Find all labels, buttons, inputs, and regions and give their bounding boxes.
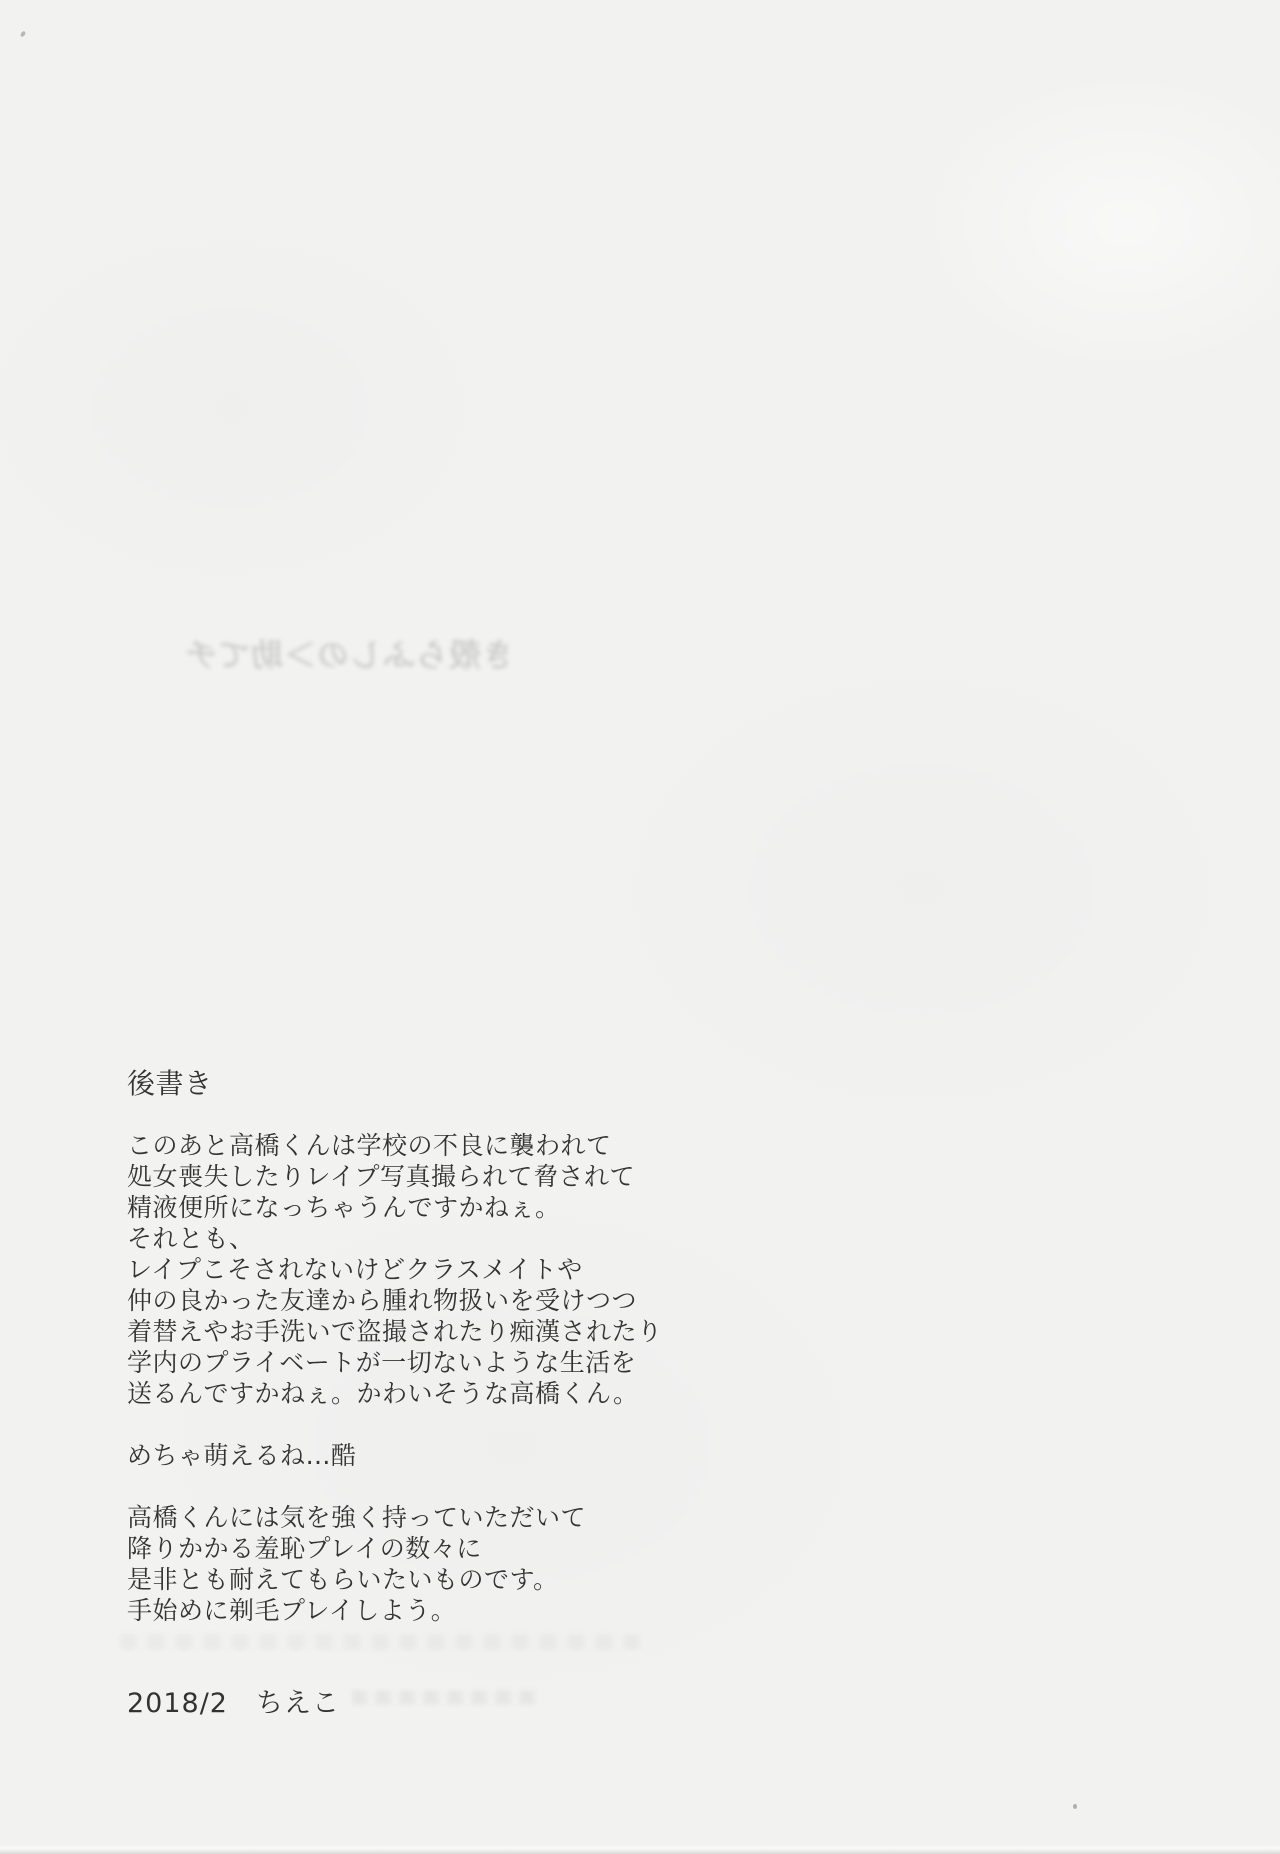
afterword-line: 送るんですかねぇ。かわいそうな高橋くん。 bbox=[127, 1378, 663, 1409]
afterword-line: めちゃ萌えるね…酷 bbox=[127, 1440, 663, 1471]
scanned-afterword-page: き殻らふしの＞助てチ 後書き このあと高橋くんは学校の不良に襲われて 処女喪失し… bbox=[0, 0, 1280, 1854]
afterword-line: このあと高橋くんは学校の不良に襲われて bbox=[127, 1130, 663, 1161]
show-through-title-text: き殻らふしの＞助てチ bbox=[94, 630, 514, 676]
afterword-line: それとも、 bbox=[127, 1223, 663, 1254]
signature-date-line: 2018/2 ちえこ bbox=[127, 1688, 663, 1719]
blank-line bbox=[127, 1409, 663, 1440]
afterword-line: 手始めに剃毛プレイしよう。 bbox=[127, 1595, 663, 1626]
scan-speck bbox=[20, 30, 27, 37]
scan-speck bbox=[1073, 1804, 1077, 1809]
afterword-line: 仲の良かった友達から腫れ物扱いを受けつつ bbox=[127, 1285, 663, 1316]
afterword-line: 処女喪失したりレイプ写真撮られて脅されて bbox=[127, 1161, 663, 1192]
scan-bottom-edge bbox=[0, 1844, 1280, 1854]
afterword-line: 高橋くんには気を強く持っていただいて bbox=[127, 1502, 663, 1533]
afterword-line: 学内のプライベートが一切ないような生活を bbox=[127, 1347, 663, 1378]
blank-line bbox=[127, 1099, 663, 1130]
blank-line bbox=[127, 1657, 663, 1688]
afterword-text-block: 後書き このあと高橋くんは学校の不良に襲われて 処女喪失したりレイプ写真撮られて… bbox=[127, 1068, 663, 1719]
afterword-heading: 後書き bbox=[127, 1068, 663, 1099]
afterword-line: 精液便所になっちゃうんですかねぇ。 bbox=[127, 1192, 663, 1223]
blank-line bbox=[127, 1626, 663, 1657]
afterword-line: 着替えやお手洗いで盗撮されたり痴漢されたり bbox=[127, 1316, 663, 1347]
afterword-line: 降りかかる羞恥プレイの数々に bbox=[127, 1533, 663, 1564]
afterword-line: レイプこそされないけどクラスメイトや bbox=[127, 1254, 663, 1285]
afterword-line: 是非とも耐えてもらいたいものです。 bbox=[127, 1564, 663, 1595]
blank-line bbox=[127, 1471, 663, 1502]
